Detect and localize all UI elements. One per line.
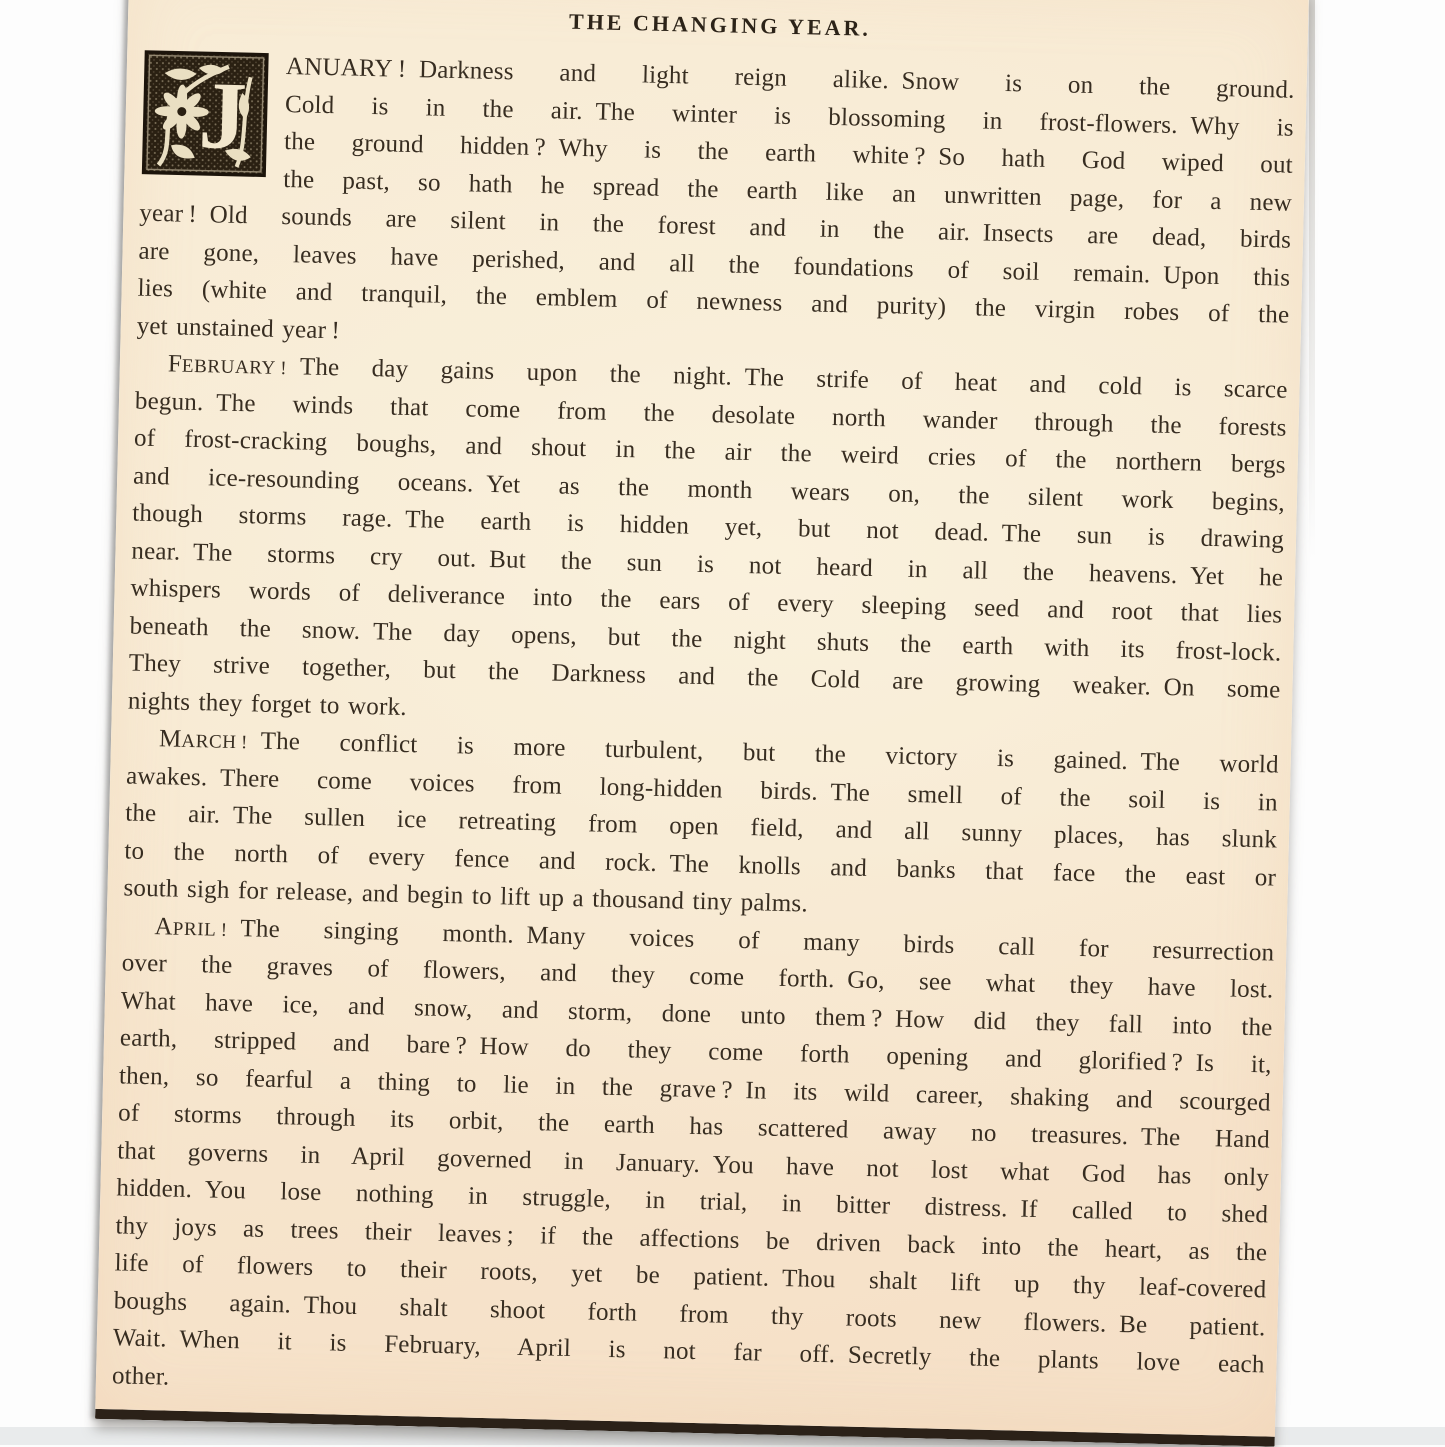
page-content: THE CHANGING YEAR.	[96, 0, 1309, 1422]
text-run: F	[168, 350, 183, 377]
paragraph-january: J ANUARY ! Darkness and light reign alik…	[136, 45, 1295, 372]
page-behind-edge	[1309, 0, 1315, 560]
january-lines: ANUARY ! Darkness and light reign alike.…	[136, 45, 1295, 372]
book-page: THE CHANGING YEAR.	[95, 0, 1309, 1445]
paragraph-march: MARCH ! The conflict is more turbulent, …	[123, 719, 1279, 934]
text-run: ARCH !	[181, 731, 248, 754]
dropcap-letter: J	[197, 61, 248, 169]
april-lines: APRIL ! The singing month. Many voices o…	[112, 907, 1275, 1422]
text-run: EBRUARY !	[182, 356, 288, 379]
march-lines: MARCH ! The conflict is more turbulent, …	[123, 719, 1279, 934]
paragraph-april: APRIL ! The singing month. Many voices o…	[112, 907, 1275, 1422]
scan-background: { "page": { "title": "THE CHANGING YEAR.…	[0, 0, 1445, 1445]
ornate-initial-icon: J	[140, 49, 270, 179]
paragraph-february: FEBRUARY ! The day gains upon the night.…	[127, 345, 1288, 747]
text-run: PRIL !	[173, 918, 228, 940]
dropcap-j-engraving: J	[140, 49, 270, 179]
article-body: J ANUARY ! Darkness and light reign alik…	[112, 45, 1295, 1422]
text-run: A	[154, 913, 173, 940]
page-title: THE CHANGING YEAR.	[144, 0, 1296, 55]
february-lines: FEBRUARY ! The day gains upon the night.…	[127, 345, 1288, 747]
text-run: M	[159, 725, 182, 753]
